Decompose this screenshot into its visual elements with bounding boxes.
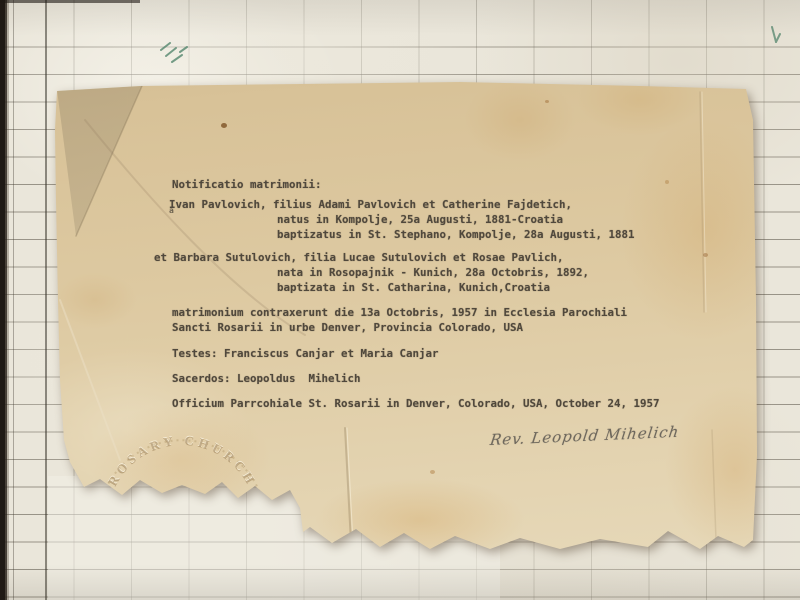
document-paper: ROSARY CHURCH ROSARY CHURCH Notificatio … [0, 0, 800, 600]
typed-line: matrimonium contraxerunt die 13a Octobri… [172, 306, 627, 319]
foxing-spot [430, 470, 435, 474]
typed-line: nata in Rosopajnik - Kunich, 28a Octobri… [277, 266, 589, 279]
foxing-spot [221, 123, 227, 128]
foxing-spot [545, 100, 549, 103]
typed-line: baptizatus in St. Stephano, Kompolje, 28… [277, 228, 635, 241]
typed-line: Testes: Franciscus Canjar et Maria Canja… [172, 347, 439, 360]
typed-line: natus in Kompolje, 25a Augusti, 1881-Cro… [277, 213, 563, 226]
foxing-spot [665, 180, 669, 184]
typed-line: et Barbara Sutulovich, filia Lucae Sutul… [154, 251, 564, 264]
typed-line: Sancti Rosarii in urbe Denver, Provincia… [172, 321, 523, 334]
embossed-seal: ROSARY CHURCH ROSARY CHURCH [92, 398, 272, 518]
foxing-spot [703, 253, 708, 257]
document-paper-wrap: ROSARY CHURCH ROSARY CHURCH Notificatio … [0, 0, 800, 600]
paper-creases [0, 0, 800, 600]
typed-correction-artifact: a [169, 206, 174, 215]
typed-line: Officium Parrcohiale St. Rosarii in Denv… [172, 397, 660, 410]
typed-line: Notificatio matrimonii: [172, 178, 322, 191]
typed-line: baptizata in St. Catharina, Kunich,Croat… [277, 281, 550, 294]
typed-line: Ivan Pavlovich, filius Adami Pavlovich e… [169, 198, 572, 211]
typed-line: Sacerdos: Leopoldus Mihelich [172, 372, 361, 385]
